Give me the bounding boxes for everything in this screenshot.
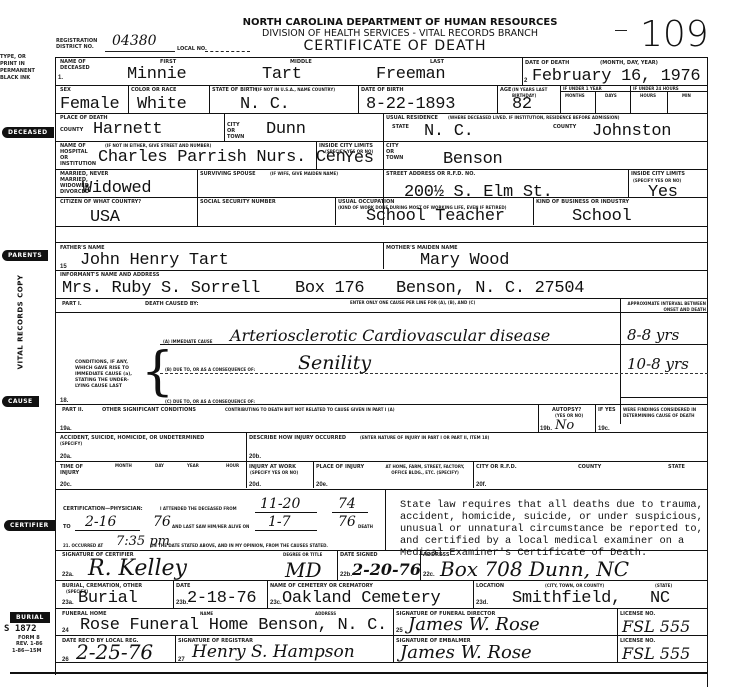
divider bbox=[267, 580, 268, 608]
divider bbox=[316, 141, 317, 169]
divider bbox=[313, 461, 314, 488]
ssn-label: SOCIAL SECURITY NUMBER bbox=[200, 199, 276, 205]
informant-box: Box 176 bbox=[295, 280, 364, 298]
divider bbox=[383, 242, 384, 269]
place-of-injury-label: PLACE OF INJURY bbox=[316, 464, 364, 470]
res-county: Johnston bbox=[592, 123, 671, 141]
divider bbox=[246, 432, 247, 488]
last-saw-line bbox=[255, 530, 317, 531]
last-saw-date: 1-7 bbox=[268, 514, 291, 530]
row-line bbox=[55, 461, 708, 462]
field-num: 20a. bbox=[60, 454, 72, 460]
divider bbox=[173, 580, 174, 608]
caused-by-label: DEATH CAUSED BY: bbox=[145, 301, 198, 307]
row-line bbox=[55, 197, 708, 198]
row-line bbox=[55, 608, 708, 609]
registration-value: 04380 bbox=[112, 33, 157, 49]
birth-state: N. C. bbox=[240, 96, 290, 114]
occupation: School Teacher bbox=[366, 208, 505, 226]
min-label: MIN bbox=[682, 93, 691, 99]
time-of-injury-label: TIME OF INJURY bbox=[60, 464, 88, 476]
age-label: AGE bbox=[500, 87, 511, 93]
field-num: 20f. bbox=[476, 482, 486, 488]
attended-label: I ATTENDED THE DECEASED FROM bbox=[160, 506, 237, 512]
divider bbox=[522, 57, 523, 85]
at-work-sub: (SPECIFY YES OR NO) bbox=[250, 470, 298, 476]
row-line bbox=[55, 169, 708, 170]
registration-line bbox=[105, 51, 175, 52]
frame-bottom bbox=[10, 672, 708, 674]
death-label: DEATH bbox=[358, 524, 373, 530]
birth-state-sub: (IF NOT IN U.S.A., NAME COUNTRY) bbox=[256, 87, 336, 93]
if-yes-label: IF YES bbox=[598, 407, 616, 413]
burial-date: 2-18-76 bbox=[187, 590, 256, 608]
director-signature: James W. Rose bbox=[408, 614, 540, 635]
cause-b-value: Senility bbox=[298, 352, 371, 374]
cause-a-value: Arteriosclerotic Cardiovascular disease bbox=[230, 326, 550, 345]
from-year-line bbox=[332, 512, 368, 513]
notice-line: accident, homicide, suicide, or under su… bbox=[400, 511, 703, 523]
divider bbox=[620, 298, 621, 424]
dash-mark bbox=[615, 30, 627, 31]
other-conditions-sub: CONTRIBUTING TO DEATH BUT NOT RELATED TO… bbox=[225, 407, 395, 413]
city-label: CITY OR TOWN bbox=[227, 122, 247, 140]
row-line bbox=[55, 432, 708, 433]
divider bbox=[337, 550, 338, 580]
tab-cause: CAUSE bbox=[2, 396, 39, 407]
field-num: 20b. bbox=[249, 454, 261, 460]
divider bbox=[595, 91, 596, 113]
ink-instruction: TYPE, OR PRINT IN PERMANENT BLACK INK bbox=[0, 54, 42, 82]
page-number: 109 bbox=[640, 14, 709, 55]
tab-parents: PARENTS bbox=[2, 250, 48, 261]
street: 200½ S. Elm St. bbox=[404, 184, 553, 202]
dod-sub: (MONTH, DAY, YEAR) bbox=[600, 60, 658, 66]
row-line bbox=[620, 397, 708, 398]
form-info-3: 1-86—15M bbox=[12, 648, 41, 655]
row-line bbox=[55, 141, 708, 142]
citizen-label: CITIZEN OF WHAT COUNTRY? bbox=[60, 199, 141, 205]
registration-label: REGISTRATION DISTRICT NO. bbox=[56, 38, 106, 50]
row-line bbox=[55, 404, 708, 405]
to-label: TO bbox=[63, 524, 71, 530]
autopsy-value: No bbox=[555, 418, 574, 433]
findings-label: WERE FINDINGS CONSIDERED IN DETERMINING … bbox=[623, 407, 707, 419]
location-label: LOCATION bbox=[476, 583, 504, 589]
to-date: 2-16 bbox=[85, 514, 116, 530]
divider bbox=[473, 461, 474, 488]
row-line bbox=[560, 91, 708, 92]
hour-label: HOUR bbox=[226, 463, 239, 469]
notice-line: and certified by a local medical examine… bbox=[400, 535, 703, 547]
divider bbox=[473, 580, 474, 608]
divider bbox=[175, 635, 176, 662]
certifier-address: Box 708 Dunn, NC bbox=[440, 557, 629, 581]
field-num: 2 bbox=[524, 78, 527, 84]
field-num: 25 bbox=[396, 628, 403, 634]
license-1: FSL 555 bbox=[622, 617, 690, 636]
residence-label: USUAL RESIDENCE bbox=[386, 115, 438, 121]
divider bbox=[393, 635, 394, 662]
res-city-label: CITY OR TOWN bbox=[386, 143, 408, 161]
row-line bbox=[55, 312, 708, 313]
divider bbox=[533, 197, 534, 225]
certifier-signature: R. Kelley bbox=[88, 556, 187, 581]
date-of-birth: 8-22-1893 bbox=[366, 96, 455, 114]
recd-date: 2-25-76 bbox=[76, 640, 153, 664]
frame-left bbox=[55, 57, 56, 675]
burial-location: Smithfield, bbox=[512, 590, 621, 608]
cemetery: Oakland Cemetery bbox=[282, 590, 440, 608]
field-num: 22b. bbox=[340, 572, 352, 578]
row-line bbox=[55, 489, 708, 490]
dod-label: DATE OF DEATH bbox=[525, 60, 569, 66]
last-saw-year: 76 bbox=[338, 514, 356, 530]
divider bbox=[335, 197, 336, 225]
res-state-label: STATE bbox=[392, 124, 409, 130]
conditions-note: CONDITIONS, IF ANY, WHICH GAVE RISE TO I… bbox=[75, 360, 137, 390]
divider bbox=[630, 85, 631, 113]
day-label: DAY bbox=[155, 463, 164, 469]
spouse-sub: (IF WIFE, GIVE MAIDEN NAME) bbox=[270, 171, 338, 177]
res-county-label: COUNTY bbox=[553, 124, 576, 130]
date-of-death: February 16, 1976 bbox=[532, 68, 700, 86]
license-2: FSL 555 bbox=[622, 644, 690, 663]
marital-status: Widowed bbox=[82, 180, 151, 198]
vital-records-copy: VITAL RECORDS COPY bbox=[16, 275, 24, 370]
row-line bbox=[55, 242, 708, 243]
year-label: YEAR bbox=[187, 463, 199, 469]
describe-sub: (ENTER NATURE OF INJURY IN PART I OR PAR… bbox=[360, 435, 489, 441]
res-city: Benson bbox=[443, 151, 502, 169]
cause-b-line bbox=[160, 373, 708, 374]
field-num: 20e. bbox=[316, 482, 328, 488]
row-line bbox=[55, 662, 708, 663]
cause-a-interval: 8-8 yrs bbox=[627, 326, 679, 344]
hospital-label: NAME OF HOSPITAL OR INSTITUTION bbox=[60, 143, 92, 167]
informant-label: INFORMANT'S NAME AND ADDRESS bbox=[60, 272, 159, 278]
injury-city-label: CITY OR R.F.D. bbox=[476, 464, 517, 470]
last-name: Freeman bbox=[376, 66, 445, 84]
from-line bbox=[255, 512, 317, 513]
divider bbox=[538, 404, 539, 432]
row-line bbox=[55, 580, 708, 581]
age: 82 bbox=[512, 96, 532, 114]
inside-city: Yes bbox=[344, 150, 374, 168]
mother-name: Mary Wood bbox=[420, 252, 509, 270]
row-line bbox=[55, 550, 708, 551]
field-num: 24 bbox=[62, 628, 69, 634]
field-num: 23d. bbox=[476, 600, 488, 606]
res-inside-label: INSIDE CITY LIMITS bbox=[631, 171, 685, 177]
funeral-home: Rose Funeral Home Benson, N. C. bbox=[80, 617, 387, 635]
divider bbox=[224, 113, 225, 141]
other-conditions-label: OTHER SIGNIFICANT CONDITIONS bbox=[102, 407, 196, 413]
divider bbox=[209, 85, 210, 113]
res-state: N. C. bbox=[424, 123, 474, 141]
field-num: 1. bbox=[58, 75, 63, 81]
first-name: Minnie bbox=[127, 66, 186, 84]
date-signed-label: DATE SIGNED bbox=[340, 552, 378, 558]
sex-label: SEX bbox=[60, 87, 71, 93]
injury-county-label: COUNTY bbox=[578, 464, 601, 470]
month-label: MONTH bbox=[115, 463, 132, 469]
months-label: MONTHS bbox=[565, 93, 585, 99]
race-label: COLOR OR RACE bbox=[131, 87, 176, 93]
to-line bbox=[75, 530, 140, 531]
occurred-label: 21. OCCURRED AT bbox=[63, 543, 103, 549]
burial-method: Burial bbox=[78, 590, 137, 608]
form-code: S 1872 bbox=[4, 624, 37, 634]
dob-label: DATE OF BIRTH bbox=[361, 87, 404, 93]
city: Dunn bbox=[266, 121, 306, 139]
informant-name: Mrs. Ruby S. Sorrell bbox=[62, 280, 260, 298]
tab-certifier: CERTIFIER bbox=[4, 520, 55, 531]
row-line bbox=[55, 226, 708, 227]
race: White bbox=[137, 96, 187, 114]
cert-label: CERTIFICATION—PHYSICIAN: bbox=[63, 506, 143, 512]
burial-state: NC bbox=[650, 590, 670, 608]
enter-one-label: ENTER ONLY ONE CAUSE PER LINE FOR (a), (… bbox=[350, 300, 475, 306]
local-no-line bbox=[205, 51, 250, 52]
from-date: 11-20 bbox=[260, 496, 300, 512]
industry: School bbox=[572, 208, 631, 226]
row-line bbox=[55, 113, 708, 114]
county: Harnett bbox=[93, 121, 162, 139]
divider bbox=[420, 550, 421, 580]
birth-state-label: STATE OF BIRTH bbox=[212, 87, 257, 93]
hospital: Charles Parrish Nurs. Cen bbox=[98, 149, 346, 167]
res-inside-city: Yes bbox=[648, 184, 678, 202]
sex: Female bbox=[60, 96, 119, 114]
injury-state-label: STATE bbox=[668, 464, 685, 470]
describe-label: DESCRIBE HOW INJURY OCCURRED bbox=[249, 435, 346, 441]
cause-b-interval: 10-8 yrs bbox=[627, 355, 689, 373]
residence-sub: (WHERE DECEASED LIVED. IF INSTITUTION, R… bbox=[448, 115, 619, 121]
accident-sub: (SPECIFY) bbox=[60, 441, 82, 447]
row-line bbox=[55, 85, 708, 86]
frame-right bbox=[707, 57, 708, 687]
frame-top bbox=[55, 57, 708, 58]
street-label: STREET ADDRESS OR R.F.D. No. bbox=[386, 171, 475, 177]
tab-burial: BURIAL bbox=[10, 612, 50, 623]
divider bbox=[595, 404, 596, 432]
divider bbox=[358, 85, 359, 113]
field-num: 22a. bbox=[62, 572, 74, 578]
certifier-degree: MD bbox=[285, 558, 322, 582]
divider bbox=[497, 85, 498, 113]
tab-deceased: DECEASED bbox=[2, 127, 54, 138]
middle-name: Tart bbox=[262, 66, 302, 84]
registrar-signature: Henry S. Hampson bbox=[192, 642, 355, 662]
informant-city: Benson, N. C. 27504 bbox=[396, 280, 584, 298]
father-name: John Henry Tart bbox=[80, 252, 229, 270]
field-num: 23a. bbox=[62, 600, 74, 606]
hours-label: HOURS bbox=[640, 93, 656, 99]
from-year: 74 bbox=[338, 496, 356, 512]
notice-line: unusual or unnatural circumstance be rep… bbox=[400, 523, 703, 535]
divider bbox=[560, 85, 561, 113]
embalmer-signature: James W. Rose bbox=[400, 642, 532, 663]
field-num: 20c. bbox=[60, 482, 72, 488]
row-line bbox=[55, 298, 708, 299]
divider bbox=[393, 608, 394, 635]
field-num: 23c. bbox=[270, 600, 282, 606]
row-line bbox=[55, 635, 708, 636]
occurred-sub: ON THE DATE STATED ABOVE, AND IN MY OPIN… bbox=[150, 543, 328, 549]
industry-label: KIND OF BUSINESS OR INDUSTRY bbox=[536, 199, 629, 205]
part2-label: PART II. bbox=[62, 407, 83, 413]
divider bbox=[385, 489, 386, 550]
cause-a-line bbox=[160, 344, 708, 345]
divider bbox=[667, 91, 668, 113]
place-of-injury-sub: AT HOME, FARM, STREET, FACTORY, OFFICE B… bbox=[380, 464, 470, 476]
to-year: 76 bbox=[153, 514, 171, 530]
form-info-2: REV. 1-86 bbox=[16, 641, 43, 648]
row-line bbox=[55, 270, 708, 271]
notice-line: State law requires that all deaths due t… bbox=[400, 499, 703, 511]
spouse-label: SURVIVING SPOUSE bbox=[200, 171, 256, 177]
citizen: USA bbox=[90, 209, 120, 227]
name-label: NAME OF DECEASED bbox=[60, 59, 90, 71]
field-num: 20d. bbox=[249, 482, 261, 488]
divider bbox=[628, 169, 629, 197]
last-saw-label: AND LAST SAW HIM/HER ALIVE ON bbox=[172, 524, 249, 530]
field-num: 22c. bbox=[423, 572, 435, 578]
county-label: COUNTY bbox=[60, 127, 83, 133]
divider bbox=[128, 85, 129, 113]
part1-label: PART I. bbox=[62, 301, 82, 307]
date-signed: 2-20-76 bbox=[352, 560, 421, 579]
days-label: DAYS bbox=[605, 93, 617, 99]
local-no-label: LOCAL NO. bbox=[177, 46, 207, 52]
